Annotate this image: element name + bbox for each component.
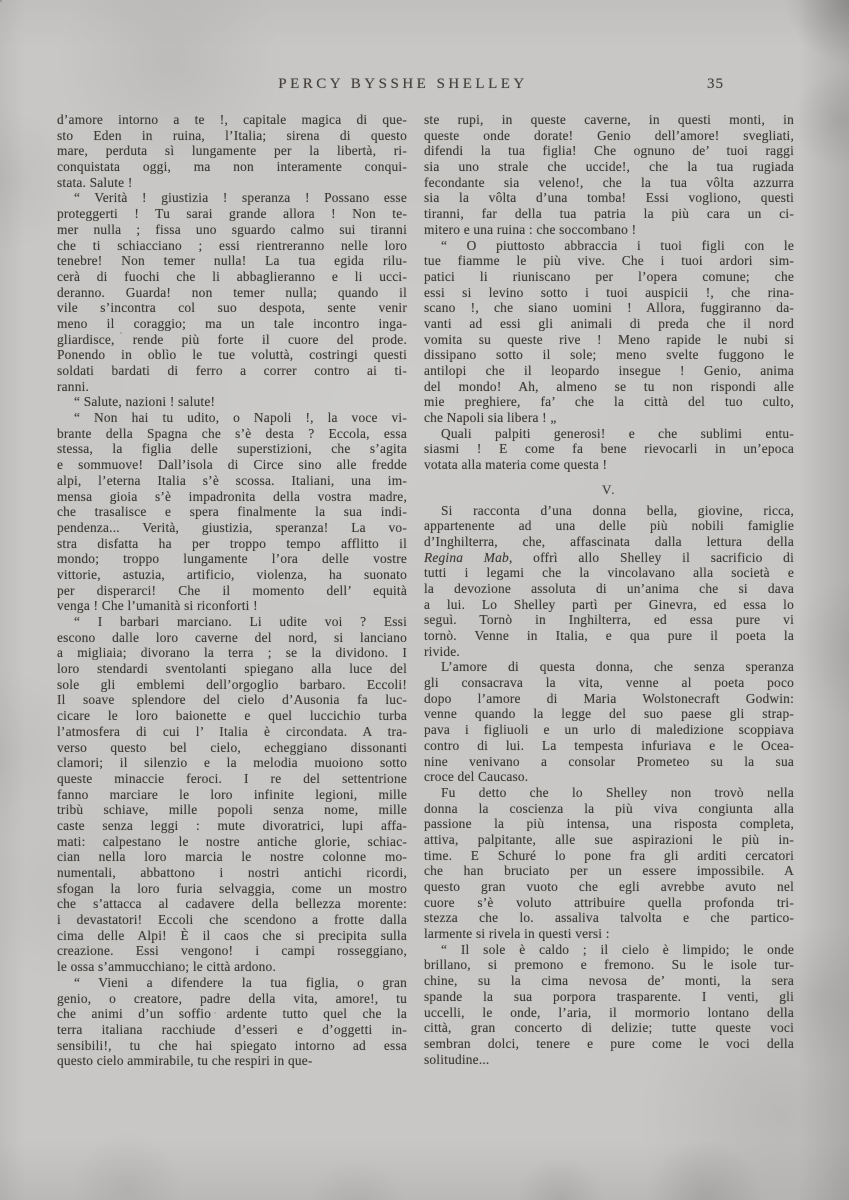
paragraph: “ Vieni a difendere la tua figlia, o gra…	[57, 975, 407, 1069]
text-line: Si racconta d’una donna bella, giovine, …	[424, 503, 794, 519]
text-line: “ O piuttosto abbraccia i tuoi figli con…	[424, 238, 794, 254]
text-line: vanti ad essi gli animali di preda che i…	[424, 316, 794, 332]
italic-book-title: Regina Mab	[424, 550, 509, 565]
text-line: dissipano sotto il sole; meno svelte fug…	[424, 347, 794, 363]
text-line: a migliaia; divorano la terra ; se la di…	[57, 645, 407, 661]
text-line: brillano, si premono e fremono. Su le is…	[424, 957, 794, 973]
text-line: cuore s’è voluto attribuire quella profo…	[424, 895, 794, 911]
text-line: difendi la tua figlia! Che ognuno de’ tu…	[424, 143, 794, 159]
text-line: escono dalle loro caverne del nord, si l…	[57, 630, 407, 646]
text-line: deranno. Guarda! non temer nulla; quando…	[57, 285, 407, 301]
paragraph: “ O piuttosto abbraccia i tuoi figli con…	[424, 238, 794, 426]
text-line: genio, o creatore, padre della vita, amo…	[57, 991, 407, 1007]
text-line: l’atmosfera di cui l’ Italia è circondat…	[57, 724, 407, 740]
text-line: fecondante sia veleno!, che la tua vôlta…	[424, 175, 794, 191]
text-line: ranni.	[57, 379, 407, 395]
scanned-book-page: { "header": { "title": "PERCY BYSSHE SHE…	[0, 0, 849, 1200]
text-line: mie preghiere, fa’ che la città del tuo …	[424, 394, 794, 410]
text-line: Fu detto che lo Shelley non trovò nella	[424, 785, 794, 801]
text-line: “ Non hai tu udito, o Napoli !, la voce …	[57, 410, 407, 426]
text-line: siasmi ! E come fa bene rievocarli in un…	[424, 441, 794, 457]
text-line: uccelli, le onde, l’aria, il mormorio lo…	[424, 1005, 794, 1021]
text-line: mitero e una ruina : che soccombano !	[424, 222, 794, 238]
text-line: stata. Salute !	[57, 175, 407, 191]
text-line: e sommuove! Dall’isola di Circe sino all…	[57, 457, 407, 473]
text-line: pava i figliuoli e un urlo di maledizion…	[424, 722, 794, 738]
text-line: tutti i legami che la vincolavano alla s…	[424, 565, 794, 581]
paragraph: “ Verità ! giustizia ! speranza ! Possan…	[57, 190, 407, 394]
text-line: stessa, la figlia delle superstizioni, c…	[57, 441, 407, 457]
paragraph: “ Salute, nazioni ! salute!	[57, 394, 407, 410]
text-line: L’amore di questa donna, che senza spera…	[424, 659, 794, 675]
paragraph: Fu detto che lo Shelley non trovò nellad…	[424, 785, 794, 942]
text-line: cian nella loro marcia le nostre colonne…	[57, 849, 407, 865]
text-line: mer nulla ; fissa uno sguardo calmo sui …	[57, 222, 407, 238]
text-line: tribù schiave, mille popoli senza nome, …	[57, 802, 407, 818]
text-line: patici li riuniscano per l’opera comune;…	[424, 269, 794, 285]
text-line: che s’attacca al cadavere della bellezza…	[57, 896, 407, 912]
text-line: antilopi che il leopardo insegue ! Genio…	[424, 363, 794, 379]
text-line: Ponendo in oblìo le tue voluttà, costrin…	[57, 347, 407, 363]
paragraph: “ Il sole è caldo ; il cielo è limpido; …	[424, 942, 794, 1068]
text-line: stra disfatta ha per troppo tempo afflit…	[57, 536, 407, 552]
text-line: sensibili!, tu che hai spiegato intorno …	[57, 1038, 407, 1054]
text-line: seguì. Tornò in Inghilterra, ed essa pur…	[424, 612, 794, 628]
text-line: passione la più intensa, una risposta co…	[424, 816, 794, 832]
text-line: appartenente ad una delle più nobili fam…	[424, 518, 794, 534]
ink-specks	[0, 0, 2, 2]
text-line: “ Salute, nazioni ! salute!	[57, 394, 407, 410]
text-line: per disperarci! Che il momento dell’ equ…	[57, 583, 407, 599]
text-line: fanno marciare le loro infinite legioni,…	[57, 787, 407, 803]
text-line: venga ! Che l’umanità si riconforti !	[57, 598, 407, 614]
text-column-left: d’amore intorno a te !, capitale magica …	[57, 112, 407, 1069]
text-line: stezza che lo. assaliva talvolta e che p…	[424, 910, 794, 926]
text-line: “ Il sole è caldo ; il cielo è limpido; …	[424, 942, 794, 958]
text-line: che Napoli sia libera ! „	[424, 410, 794, 426]
text-line: mensa gioia s’è impadronita della vostra…	[57, 489, 407, 505]
text-line: rivide.	[424, 644, 794, 660]
text-line: tiranni, far della tua patria la più car…	[424, 206, 794, 222]
page-title: PERCY BYSSHE SHELLEY	[278, 76, 527, 92]
text-line: chine, su la cima nevosa de’ monti, la s…	[424, 973, 794, 989]
paragraph: L’amore di questa donna, che senza spera…	[424, 659, 794, 785]
text-line: “ Vieni a difendere la tua figlia, o gra…	[57, 975, 407, 991]
text-line: d’Inghilterra, che, affascinata dalla le…	[424, 534, 794, 550]
text-line: Il soave splendore del cielo d’Ausonia f…	[57, 692, 407, 708]
text-line: città, gran concerto di delizie; tutte q…	[424, 1020, 794, 1036]
text-line: numentali, abbattono i nostri antichi ri…	[57, 865, 407, 881]
text-line: larmente si rivela in questi versi :	[424, 926, 794, 942]
text-line: che ti schiacciano ; essi rientreranno n…	[57, 238, 407, 254]
text-line: soldati bardati di ferro a correr contro…	[57, 363, 407, 379]
text-line: gli consacrava la vita, venne al poeta p…	[424, 675, 794, 691]
text-line: donna la coscienza la più viva congiunta…	[424, 801, 794, 817]
text-line: mare, perduta sì lungamente per la liber…	[57, 143, 407, 159]
text-line: Regina Mab, offrì allo Shelley il sacrif…	[424, 550, 794, 566]
text-line: loro stendardi sventolanti spiegano alla…	[57, 661, 407, 677]
text-line: votata alla materia come questa !	[424, 457, 794, 473]
text-line: la devozione assoluta di un’anima che si…	[424, 581, 794, 597]
text-line: clamori; il silenzio e la melodia muoion…	[57, 755, 407, 771]
text-line: creazione. Essi vengono! i campi rossegg…	[57, 943, 407, 959]
text-line: croce del Caucaso.	[424, 769, 794, 785]
text-line: “ Verità ! giustizia ! speranza ! Possan…	[57, 190, 407, 206]
text-line: tenebre! Non temer nulla! La tua egida r…	[57, 253, 407, 269]
paragraph: Si racconta d’una donna bella, giovine, …	[424, 503, 794, 660]
text-line: i devastatori! Eccoli che scendono a fro…	[57, 912, 407, 928]
text-line: queste onde dorate! Genio dell’amore! sv…	[424, 128, 794, 144]
text-line: sia la vôlta d’una tomba! Essi vogliono,…	[424, 190, 794, 206]
text-line: sole gli emblemi dell’orgoglio barbaro. …	[57, 677, 407, 693]
text-line: tornò. Venne in Italia, e qua pure il po…	[424, 628, 794, 644]
text-line: questo cielo ammirabile, tu che respiri …	[57, 1053, 407, 1069]
text-line: venne quando la legge del suo paese gli …	[424, 706, 794, 722]
text-line: questo gran vuoto che egli avrebbe avuto…	[424, 879, 794, 895]
text-line: tue fiamme le più vive. Che i tuoi ardor…	[424, 253, 794, 269]
text-line: attiva, palpitante, alle sue aspirazioni…	[424, 832, 794, 848]
paragraph: d’amore intorno a te !, capitale magica …	[57, 112, 407, 190]
text-line: caste senza leggi : mute divoratrici, lu…	[57, 818, 407, 834]
text-line: alpi, l’eterna Italia s’è scossa. Italia…	[57, 473, 407, 489]
text-line: nine venivano a consolar Prometeo su la …	[424, 754, 794, 770]
paragraph: Quali palpiti generosi! e che sublimi en…	[424, 426, 794, 473]
text-line: mondo; troppo lungamente l’ora delle vos…	[57, 551, 407, 567]
page-number: 35	[707, 76, 724, 93]
text-line: sfogan la loro furia selvaggia, come un …	[57, 881, 407, 897]
text-line: brante della Spagna che s’è desta ? Ecco…	[57, 426, 407, 442]
text-line: cima delle Alpi! È il caos che si precip…	[57, 928, 407, 944]
text-line: a lui. Lo Shelley partì per Ginevra, ed …	[424, 597, 794, 613]
text-line: sto Eden in ruina, l’Italia; sirena di q…	[57, 128, 407, 144]
running-header: PERCY BYSSHE SHELLEY	[57, 76, 749, 93]
text-line: pendenza... Verità, giustizia, speranza!…	[57, 520, 407, 536]
text-line: contro di lui. La tempesta infuriava e l…	[424, 738, 794, 754]
text-line: d’amore intorno a te !, capitale magica …	[57, 112, 407, 128]
text-line: cerà di fuochi che li abbaglieranno e li…	[57, 269, 407, 285]
section-heading: V.	[424, 482, 794, 498]
paragraph: ste rupi, in queste caverne, in questi m…	[424, 112, 794, 238]
text-line: che trasalisce e spera finalmente la sua…	[57, 504, 407, 520]
text-line: queste minaccie feroci. I re del settent…	[57, 771, 407, 787]
text-line: scano !, che siano uomini ! Allora, fugg…	[424, 300, 794, 316]
text-line: che animi d’un soffio ardente tutto quel…	[57, 1006, 407, 1022]
text-line: conquistata oggi, ma non interamente con…	[57, 159, 407, 175]
text-line: vile s’incontra col suo despota, sente v…	[57, 300, 407, 316]
text-line: “ I barbari marciano. Li udite voi ? Ess…	[57, 614, 407, 630]
text-line: terra italiana racchiude d’esseri e d’og…	[57, 1022, 407, 1038]
text-line: dopo l’amore di Maria Wolstonecraft Godw…	[424, 691, 794, 707]
text-line: Quali palpiti generosi! e che sublimi en…	[424, 426, 794, 442]
text-line: proteggerti ! Tu sarai grande allora ! N…	[57, 206, 407, 222]
text-line: sia uno strale che uccide!, che la tua r…	[424, 159, 794, 175]
paragraph: “ Non hai tu udito, o Napoli !, la voce …	[57, 410, 407, 614]
text-line: le ossa s’ammucchiano; le città ardono.	[57, 959, 407, 975]
text-line: solitudine...	[424, 1052, 794, 1068]
text-line: vittorie, astuzia, artificio, violenza, …	[57, 567, 407, 583]
text-line: essi si levino sotto i tuoi auspicii !, …	[424, 285, 794, 301]
text-line: cicare le loro baionette e quel luccichi…	[57, 708, 407, 724]
text-line: mati: calpestano le nostre antiche glori…	[57, 834, 407, 850]
text-line: time. E Schuré lo pone fra gli arditi ce…	[424, 848, 794, 864]
text-line: meno il coraggio; ma un tale incontro in…	[57, 316, 407, 332]
text-column-right: ste rupi, in queste caverne, in questi m…	[424, 112, 794, 1067]
text-line: gliardisce, rende più forte il cuore del…	[57, 332, 407, 348]
text-line: verso questo bel cielo, echeggiano disso…	[57, 740, 407, 756]
text-line: spande la sua porpora trasparente. I ven…	[424, 989, 794, 1005]
text-line: sembran dolci, tenere e pure come le voc…	[424, 1036, 794, 1052]
text-line: vomita su queste rive ! Meno rapide le n…	[424, 332, 794, 348]
text-line: del mondo! Ah, almeno se tu non rispondi…	[424, 379, 794, 395]
text-line: che han bruciato per un essere impossibi…	[424, 863, 794, 879]
paragraph: “ I barbari marciano. Li udite voi ? Ess…	[57, 614, 407, 975]
text-line: ste rupi, in queste caverne, in questi m…	[424, 112, 794, 128]
